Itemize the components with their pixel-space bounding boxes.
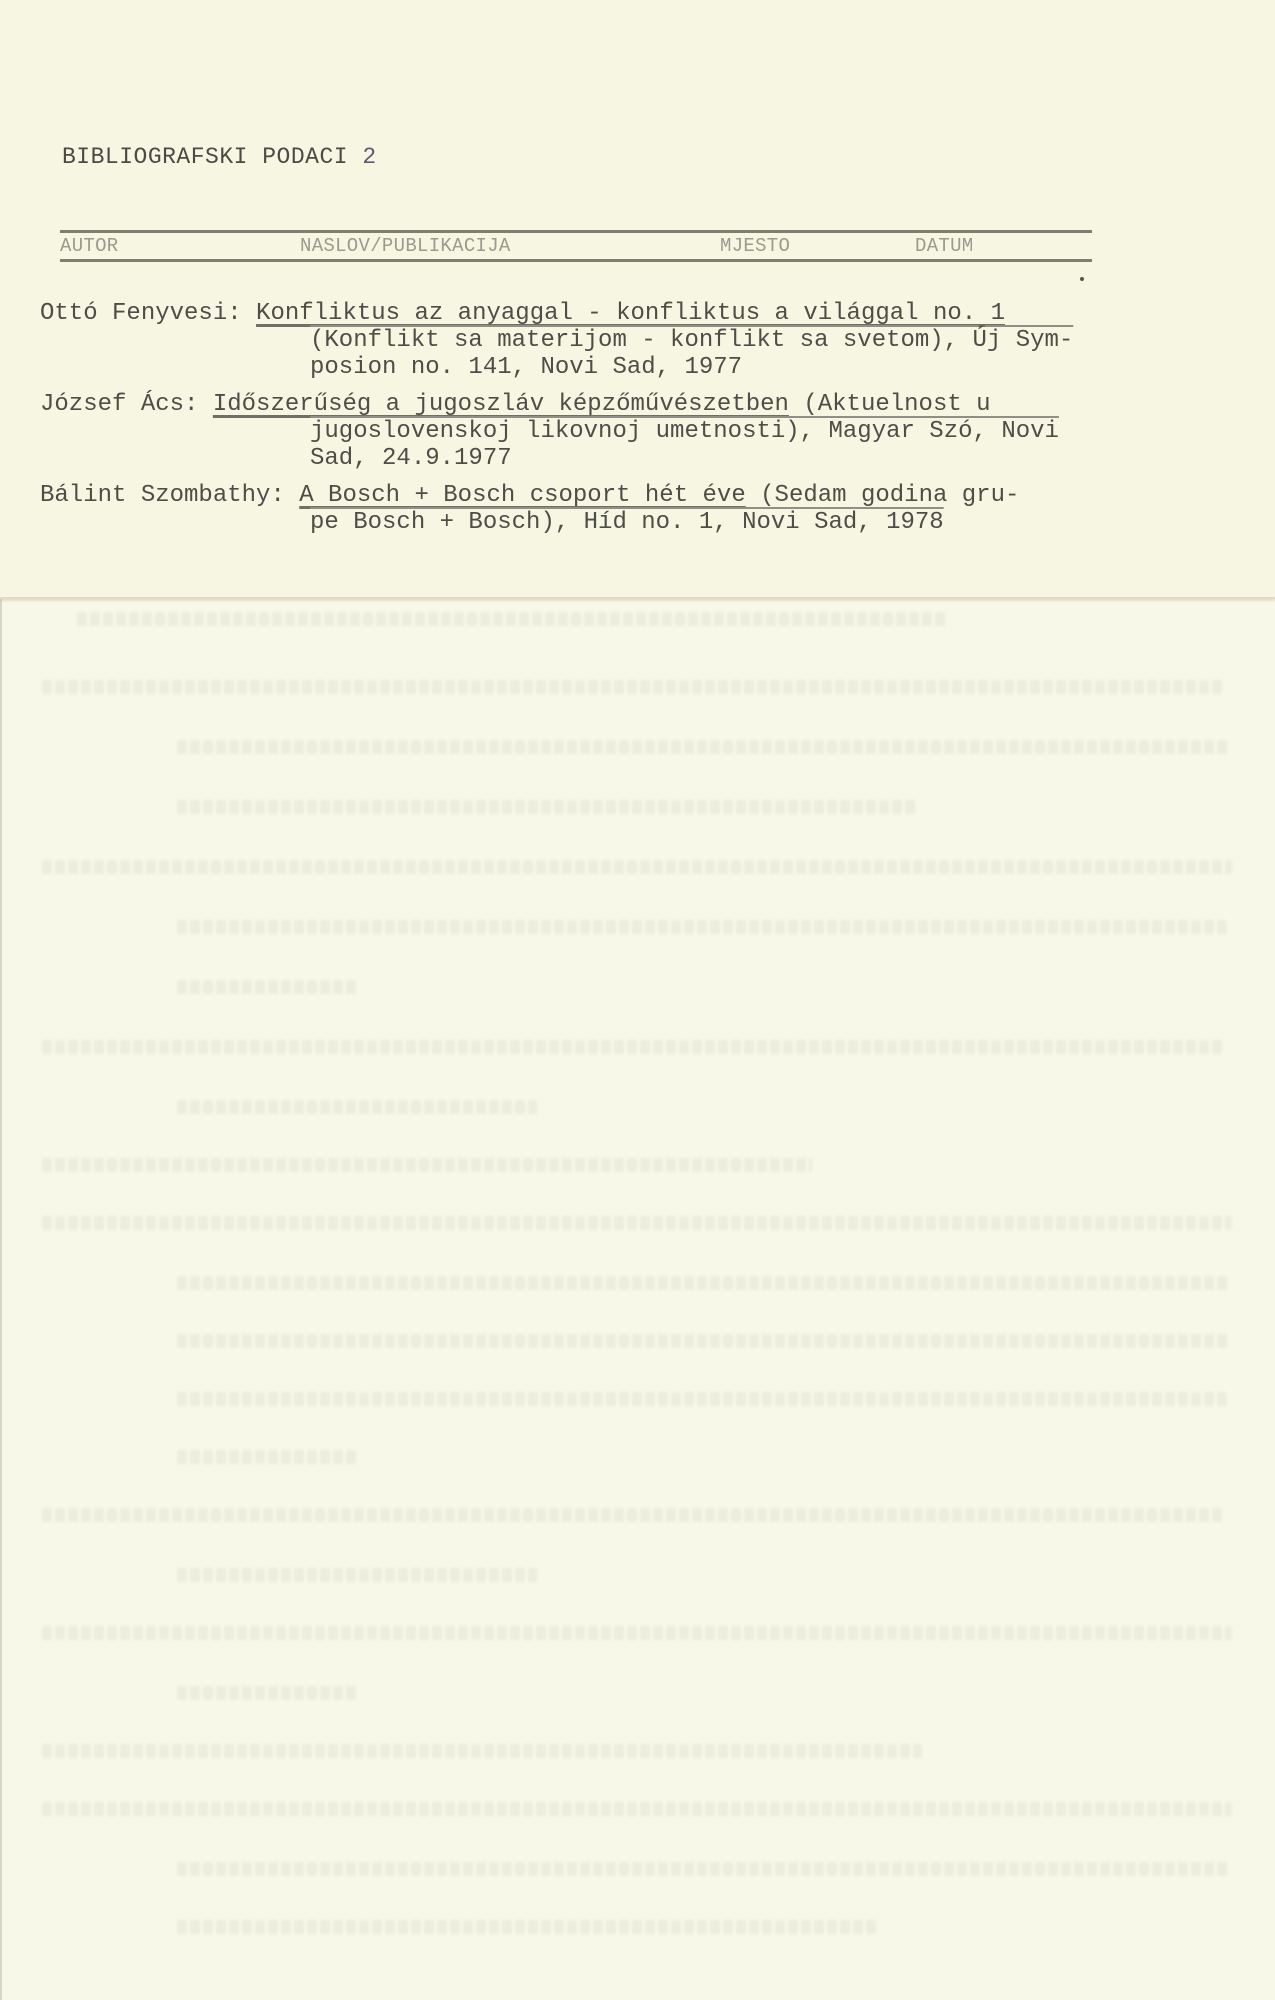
entry-line: József Ács: Időszerűség a jugoszláv képz…: [40, 391, 1260, 418]
show-through-text: [177, 1276, 1227, 1290]
show-through-text: [177, 740, 1227, 754]
entry-line: posion no. 141, Novi Sad, 1977: [40, 354, 1260, 381]
show-through-text: [177, 1100, 537, 1114]
page-number: 2: [362, 144, 376, 170]
bibliography-entries: Ottó Fenyvesi: Konfliktus az anyaggal - …: [40, 300, 1260, 546]
show-through-text: [177, 1862, 1227, 1876]
entry-translation: jugoslovenskoj likovnoj umetnosti), Magy…: [310, 418, 1059, 445]
entry-title: Időszerűség a jugoszláv képzőművészetben: [213, 391, 789, 418]
entry-line: Bálint Szombathy: A Bosch + Bosch csopor…: [40, 482, 1260, 509]
show-through-text: [77, 612, 947, 626]
show-through-text: [42, 860, 1232, 874]
entry-translation: (Konflikt sa materijom - konflikt sa sve…: [310, 327, 1073, 354]
bibliography-entry: József Ács: Időszerűség a jugoszláv képz…: [40, 391, 1260, 472]
show-through-text: [177, 1392, 1227, 1406]
column-header-mjesto: MJESTO: [720, 233, 790, 259]
entry-translation-start: (Aktuelnost u: [789, 391, 991, 418]
document-title: BIBLIOGRAFSKI PODACI 2: [62, 144, 377, 170]
show-through-text: [42, 1508, 1222, 1522]
show-through-text: [177, 1568, 537, 1582]
entry-author: Bálint Szombathy:: [40, 482, 285, 509]
column-header-band: AUTOR NASLOV/PUBLIKACIJA MJESTO DATUM: [60, 230, 1092, 262]
show-through-text: [177, 1686, 357, 1700]
bibliography-entry: Ottó Fenyvesi: Konfliktus az anyaggal - …: [40, 300, 1260, 381]
column-header-naslov: NASLOV/PUBLIKACIJA: [300, 233, 511, 259]
entry-line: Sad, 24.9.1977: [40, 445, 1260, 472]
show-through-text: [42, 1626, 1232, 1640]
entry-author: Ottó Fenyvesi:: [40, 300, 242, 327]
show-through-text: [42, 1216, 1232, 1230]
column-header-autor: AUTOR: [60, 233, 119, 259]
show-through-text: [42, 1158, 812, 1172]
entry-line: (Konflikt sa materijom - konflikt sa sve…: [40, 327, 1260, 354]
show-through-text: [42, 1744, 922, 1758]
entry-author: József Ács:: [40, 391, 198, 418]
title-text: BIBLIOGRAFSKI PODACI: [62, 144, 348, 170]
show-through-text: [177, 1334, 1227, 1348]
bibliography-entry: Bálint Szombathy: A Bosch + Bosch csopor…: [40, 482, 1260, 536]
show-through-text: [177, 800, 917, 814]
entry-title: Konfliktus az anyaggal - konfliktus a vi…: [256, 300, 1005, 327]
show-through-text: [177, 980, 357, 994]
show-through-text: [42, 1040, 1222, 1054]
entry-translation: pe Bosch + Bosch), Híd no. 1, Novi Sad, …: [310, 509, 944, 536]
entry-title: A Bosch + Bosch csoport hét éve: [299, 482, 745, 509]
show-through-text: [177, 1450, 357, 1464]
separator-dot: [1080, 277, 1084, 281]
entry-line: pe Bosch + Bosch), Híd no. 1, Novi Sad, …: [40, 509, 1260, 536]
show-through-text: [42, 1802, 1232, 1816]
entry-translation-start: (Sedam godina gru-: [746, 482, 1020, 509]
show-through-text: [42, 680, 1222, 694]
show-through-text: [177, 920, 1227, 934]
entry-line: Ottó Fenyvesi: Konfliktus az anyaggal - …: [40, 300, 1260, 327]
show-through-text: [177, 1920, 877, 1934]
column-header-datum: DATUM: [915, 233, 974, 259]
bibliography-slip: BIBLIOGRAFSKI PODACI 2 AUTOR NASLOV/PUBL…: [0, 0, 1275, 599]
entry-line: jugoslovenskoj likovnoj umetnosti), Magy…: [40, 418, 1260, 445]
